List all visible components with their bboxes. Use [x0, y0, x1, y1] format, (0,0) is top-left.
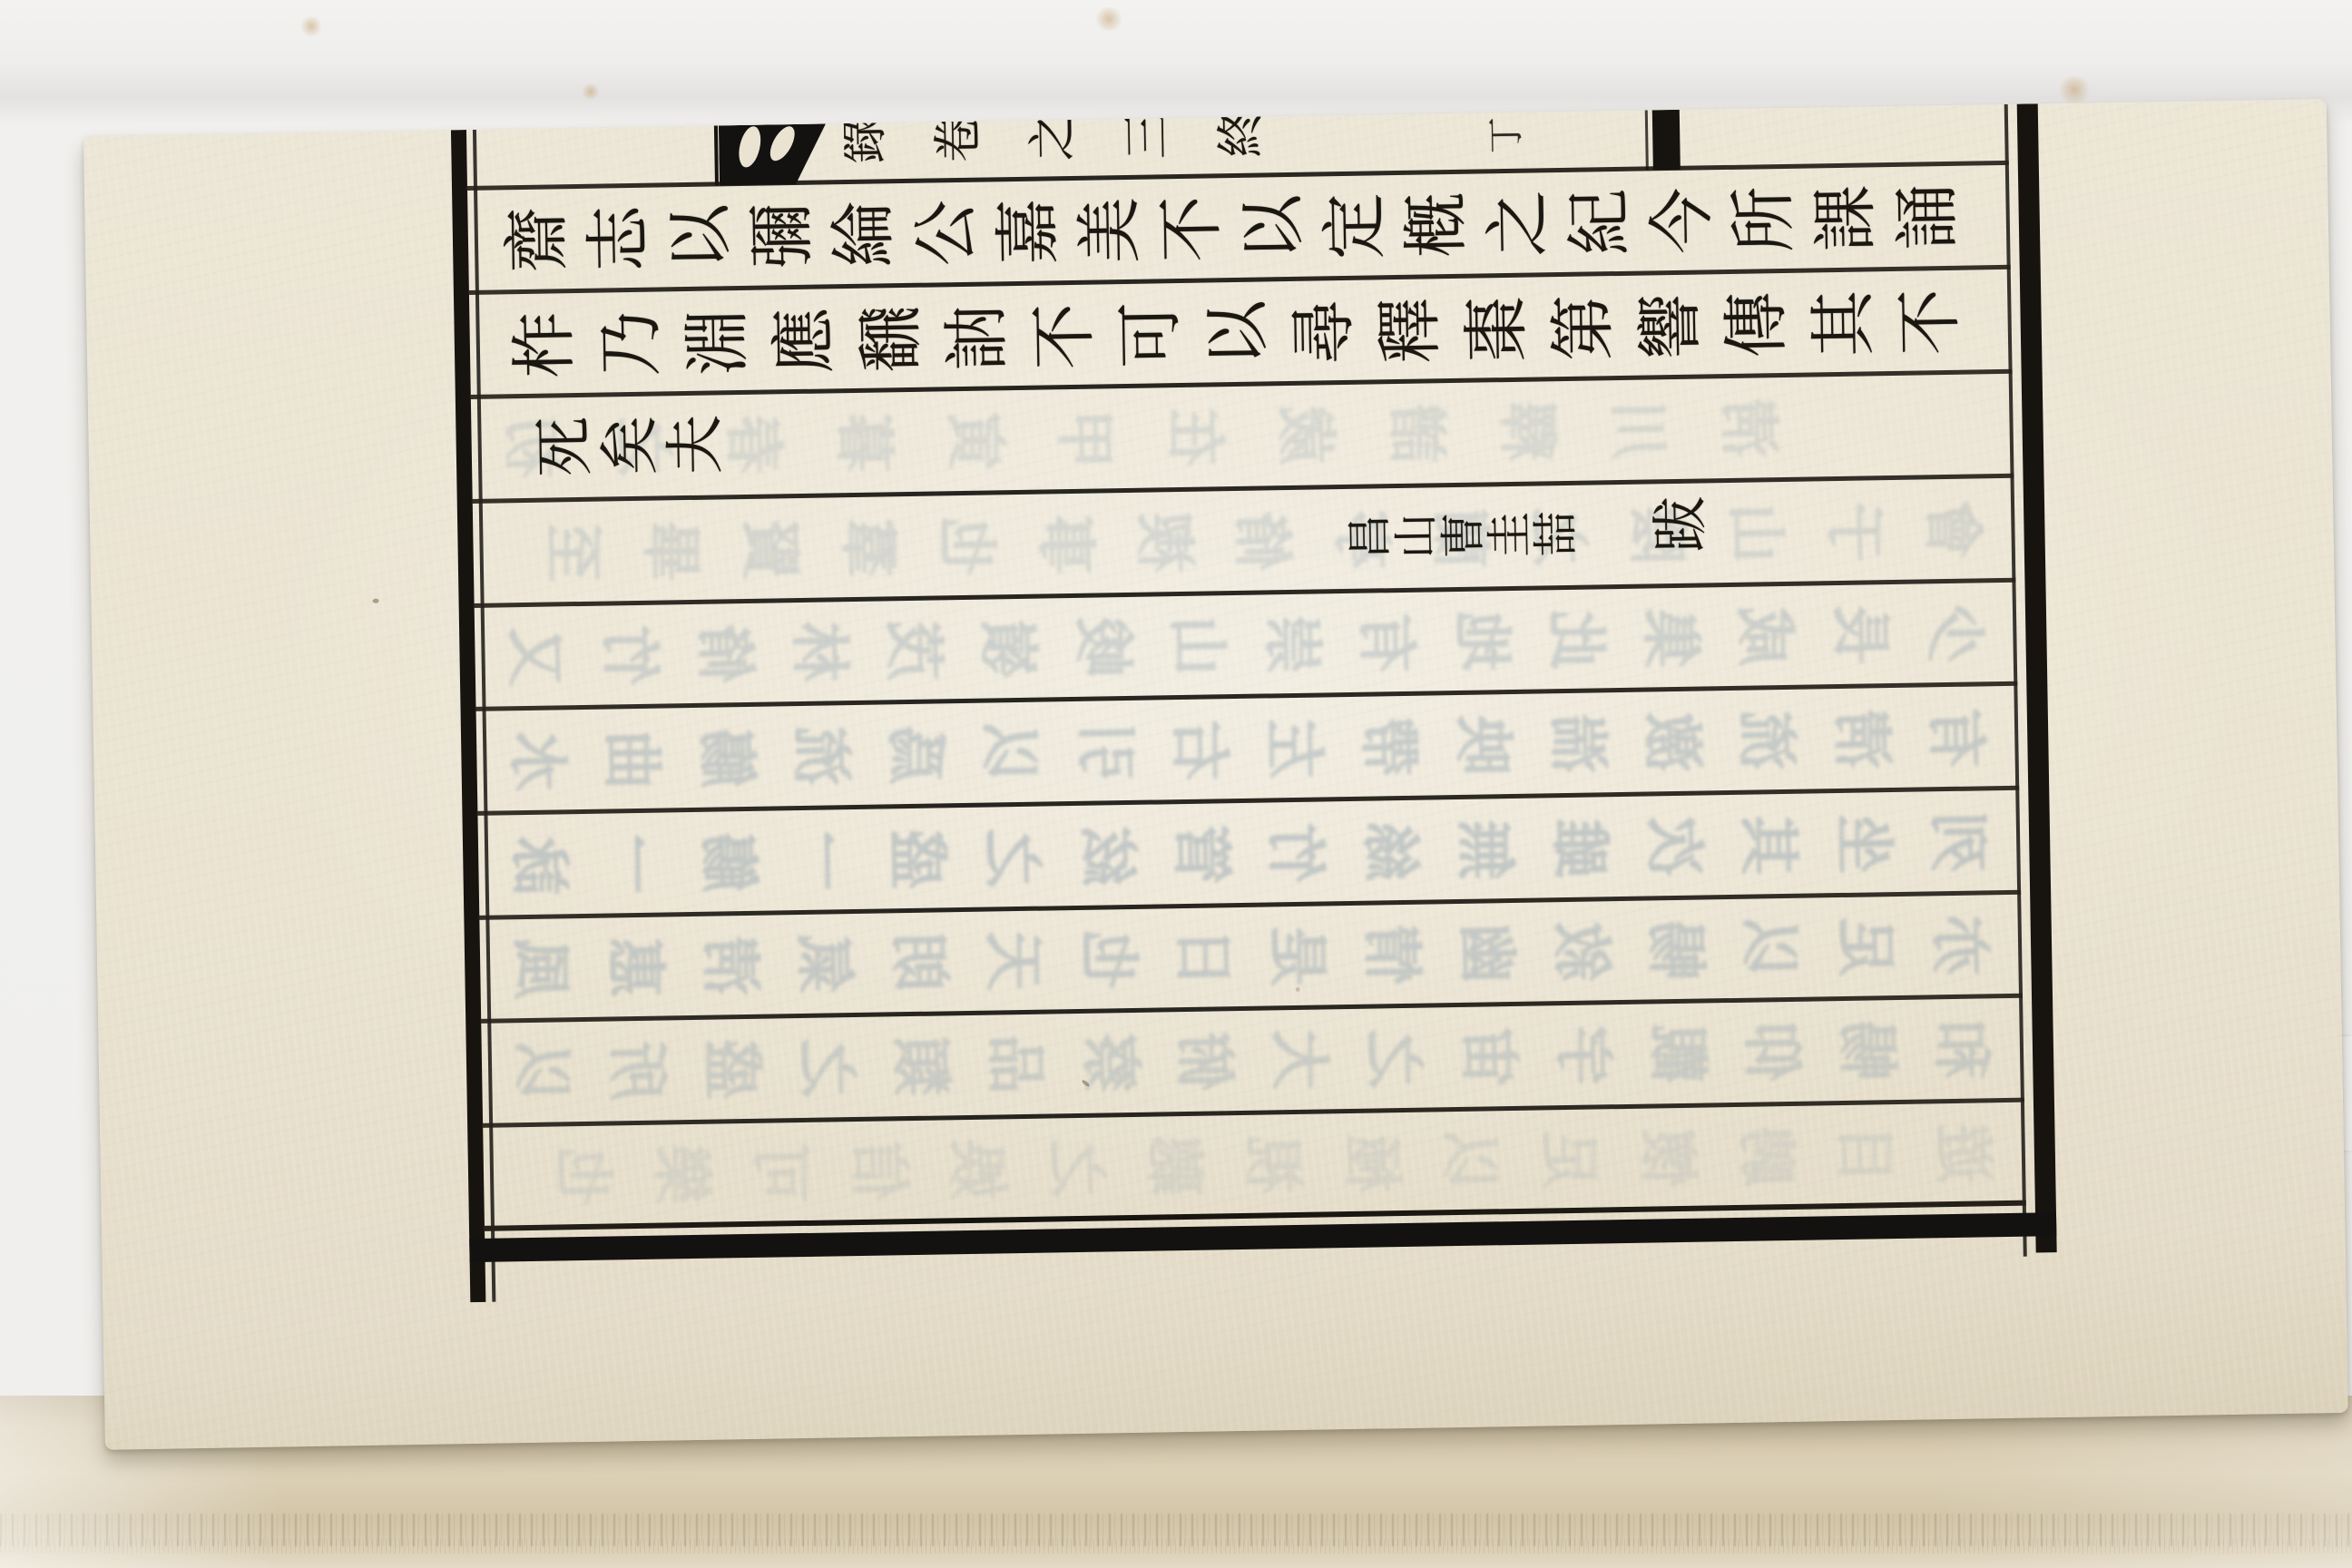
paper-speck	[1296, 987, 1300, 992]
char-glyph: 有	[1356, 612, 1416, 673]
char-glyph: 一	[603, 834, 663, 895]
foxing-spot	[2056, 76, 2092, 103]
char-glyph: 之	[1485, 190, 1553, 257]
char-glyph: 會	[1922, 499, 1983, 560]
char-glyph: 仰	[1741, 1022, 1802, 1083]
char-glyph: 美	[1076, 196, 1143, 263]
char-glyph: 喆	[1533, 511, 1579, 557]
page-number-char: 丁	[1488, 117, 1525, 154]
char-glyph: 坐	[1832, 813, 1893, 874]
char-glyph: 以	[979, 723, 1040, 784]
char-glyph: 竹	[1265, 822, 1326, 883]
char-glyph: 淸	[699, 936, 759, 996]
char-glyph: 禊	[1133, 513, 1194, 573]
char-glyph: 以	[668, 203, 735, 270]
char-glyph: 應	[771, 307, 838, 374]
char-glyph: 山	[1725, 503, 1786, 563]
char-glyph: 爲	[885, 724, 946, 785]
char-glyph: 騁	[1735, 1126, 1796, 1187]
char-glyph: 盛	[701, 1039, 761, 1100]
char-glyph: 夫	[665, 414, 726, 475]
char-glyph: 誦	[1894, 182, 1961, 250]
char-glyph: 淵	[684, 308, 751, 375]
char-glyph: 羣	[838, 517, 898, 578]
char-glyph: 天	[983, 931, 1044, 992]
char-glyph: 以	[1240, 193, 1307, 260]
char-glyph: 左	[1263, 718, 1324, 779]
char-glyph: 流	[790, 726, 851, 787]
char-glyph: 釋	[1496, 401, 1557, 462]
char-glyph: 崇	[1261, 613, 1322, 674]
fishtail-icon	[719, 123, 830, 187]
char-glyph: 有	[1926, 707, 1986, 768]
char-glyph: 之	[981, 828, 1042, 888]
char-glyph: 齋	[504, 206, 571, 273]
char-glyph: 響	[1637, 292, 1704, 359]
char-glyph: 第	[1550, 294, 1617, 361]
char-glyph: 釋	[1377, 297, 1445, 364]
char-glyph: 長	[1829, 604, 1890, 665]
char-glyph: 山	[1167, 615, 1228, 676]
char-glyph: 氣	[794, 934, 855, 995]
char-glyph: 激	[1641, 712, 1702, 773]
char-glyph: 宙	[1457, 1026, 1518, 1087]
char-glyph: 足	[1834, 916, 1895, 977]
char-glyph: 暮	[833, 412, 894, 473]
char-glyph: 俯	[1173, 1031, 1234, 1092]
char-glyph: 淸	[1830, 709, 1891, 769]
char-glyph: 大	[1269, 1029, 1329, 1090]
char-glyph: 不	[1031, 302, 1098, 369]
char-glyph: 甲	[1054, 408, 1115, 469]
char-glyph: 集	[1640, 608, 1700, 669]
char-glyph: 也	[552, 1145, 612, 1206]
char-glyph: 以	[512, 1042, 573, 1102]
text-line-3-ending: 死矣夫	[534, 394, 727, 496]
char-glyph: 極	[1340, 1132, 1401, 1193]
char-glyph: 觴	[697, 832, 758, 893]
char-glyph: 至	[542, 523, 603, 583]
char-glyph: 管	[1171, 824, 1231, 885]
char-glyph: 曲	[601, 730, 661, 790]
char-glyph: 定	[1321, 192, 1388, 260]
foxing-spot	[299, 16, 323, 36]
char-glyph: 柞	[511, 311, 578, 378]
char-glyph: 賢	[739, 519, 799, 580]
foxing-spot	[581, 83, 601, 100]
char-glyph: 右	[1169, 720, 1230, 780]
char-glyph: 帶	[1357, 717, 1418, 778]
char-glyph: 寅	[944, 410, 1004, 471]
char-glyph: 亦	[1929, 915, 1990, 975]
char-glyph: 峻	[1073, 617, 1133, 678]
char-glyph: 以	[1739, 918, 1800, 979]
char-glyph: 死	[534, 416, 595, 477]
char-glyph: 所	[1730, 185, 1798, 252]
char-glyph: 列	[1927, 811, 1988, 872]
char-glyph: 乃	[598, 309, 665, 377]
char-glyph: 槪	[1403, 191, 1470, 258]
char-glyph: 盛	[887, 828, 947, 889]
char-glyph: 山	[1393, 513, 1439, 559]
char-glyph: 湍	[1547, 713, 1608, 774]
signature-line: 昌山曺圭喆	[1347, 485, 1580, 585]
char-glyph: 宇	[1552, 1024, 1612, 1085]
photo-of-woodblock-book-page: 卜 錄卷之三終 丁	[0, 0, 2352, 1568]
char-glyph: 以	[1439, 1131, 1500, 1191]
char-glyph: 朗	[888, 932, 949, 993]
char-glyph: 不	[1896, 288, 1964, 355]
char-glyph: 幽	[1455, 923, 1516, 984]
char-glyph: 川	[1607, 399, 1668, 460]
char-glyph: 是	[1267, 926, 1328, 986]
char-glyph: 所	[606, 1040, 667, 1101]
char-glyph: 可	[750, 1142, 810, 1203]
char-glyph: 公	[913, 199, 980, 266]
char-glyph: 譜	[1386, 403, 1446, 464]
char-glyph: 流	[1736, 710, 1797, 771]
char-glyph: 茂	[883, 620, 944, 681]
char-glyph: 于	[1823, 501, 1884, 562]
char-glyph: 絃	[1075, 826, 1136, 887]
char-glyph: 日	[1172, 927, 1233, 988]
char-glyph: 水	[506, 730, 567, 791]
char-glyph: 暢	[1645, 919, 1706, 980]
char-glyph: 映	[1452, 715, 1513, 776]
char-glyph: 傳	[1723, 290, 1790, 358]
char-glyph: 咸	[1734, 606, 1795, 667]
char-glyph: 也	[936, 515, 997, 576]
char-glyph: 遊	[1932, 1122, 1993, 1183]
char-glyph: 今	[1649, 187, 1716, 254]
char-glyph: 竹	[599, 625, 660, 686]
char-glyph: 絲	[1359, 821, 1420, 882]
char-glyph: 類	[890, 1035, 951, 1096]
char-glyph: 之	[1363, 1028, 1424, 1089]
char-glyph: 樂	[651, 1144, 711, 1205]
char-glyph: 嶺	[977, 619, 1038, 680]
char-glyph: 惠	[604, 937, 665, 998]
char-glyph: 可	[1117, 300, 1184, 367]
char-glyph: 尋	[1290, 298, 1357, 365]
char-glyph: 聽	[1143, 1136, 1204, 1197]
char-glyph: 懷	[1636, 1128, 1697, 1189]
char-glyph: 無	[1454, 819, 1514, 880]
char-glyph: 之	[1045, 1137, 1106, 1198]
header-divider-thick-bar	[1652, 110, 1681, 170]
char-glyph: 一	[792, 830, 853, 891]
char-glyph: 足	[1538, 1129, 1599, 1190]
char-glyph: 暢	[1836, 1020, 1896, 1081]
char-glyph: 事	[1034, 514, 1095, 575]
char-glyph: 歲	[1275, 405, 1336, 465]
char-glyph: 雖	[1549, 818, 1610, 878]
char-glyph: 觴	[695, 728, 756, 789]
char-glyph: 引	[1073, 721, 1134, 782]
char-glyph: 不	[1158, 195, 1225, 262]
char-glyph: 圭	[1486, 512, 1533, 558]
char-glyph: 昌	[1347, 514, 1393, 560]
char-glyph: 棗	[1464, 295, 1531, 362]
char-glyph: 敘	[1551, 921, 1612, 982]
char-glyph: 課	[1812, 184, 1879, 251]
char-glyph: 和	[1930, 1018, 1991, 1079]
char-glyph: 矣	[600, 416, 661, 476]
page-number-mark: 丁	[1488, 114, 1525, 157]
char-glyph: 娛	[946, 1139, 1007, 1200]
char-glyph: 脩	[1231, 511, 1292, 572]
foxing-spot	[1093, 7, 1124, 31]
char-glyph: 飜	[857, 305, 925, 372]
char-glyph: 志	[585, 204, 652, 271]
char-glyph: 其	[1738, 815, 1798, 876]
char-glyph: 視	[1242, 1134, 1303, 1195]
char-glyph: 在	[1164, 407, 1225, 467]
char-glyph: 綸	[831, 201, 898, 268]
char-glyph: 之	[795, 1037, 856, 1098]
char-glyph: 其	[1810, 289, 1877, 357]
book-page: 錄卷之三終 丁 淸川釋譜歲在甲寅暮春之初 會于山陰之蘭亭脩禊事也羣賢畢至 少長咸…	[83, 99, 2348, 1450]
char-glyph: 情	[1361, 925, 1422, 985]
char-glyph: 詠	[508, 835, 569, 896]
char-glyph: 紀	[1567, 188, 1634, 255]
char-glyph: 脩	[694, 623, 755, 684]
char-glyph: 目	[1834, 1124, 1895, 1185]
char-glyph: 彌	[750, 201, 817, 269]
char-glyph: 此	[1545, 609, 1606, 670]
char-glyph: 以	[1204, 299, 1271, 367]
char-glyph: 品	[985, 1034, 1045, 1095]
char-glyph: 淸	[1718, 397, 1779, 458]
char-glyph: 風	[510, 938, 571, 999]
postface-char: 跋	[1652, 495, 1710, 553]
char-glyph: 也	[1077, 929, 1138, 990]
char-glyph: 觀	[1647, 1023, 1708, 1083]
char-glyph: 信	[848, 1141, 908, 1201]
char-glyph: 次	[1643, 817, 1704, 877]
char-glyph: 少	[1924, 603, 1984, 663]
char-glyph: 春	[722, 414, 783, 475]
char-glyph: 又	[505, 626, 565, 687]
char-glyph: 曺	[1440, 512, 1486, 558]
char-glyph: 訥	[944, 304, 1011, 371]
char-glyph: 地	[1451, 611, 1512, 671]
char-glyph: 林	[789, 622, 849, 682]
char-glyph: 畢	[641, 521, 701, 582]
char-glyph: 嘉	[995, 198, 1062, 265]
postface-label: 跋	[1652, 490, 1710, 557]
